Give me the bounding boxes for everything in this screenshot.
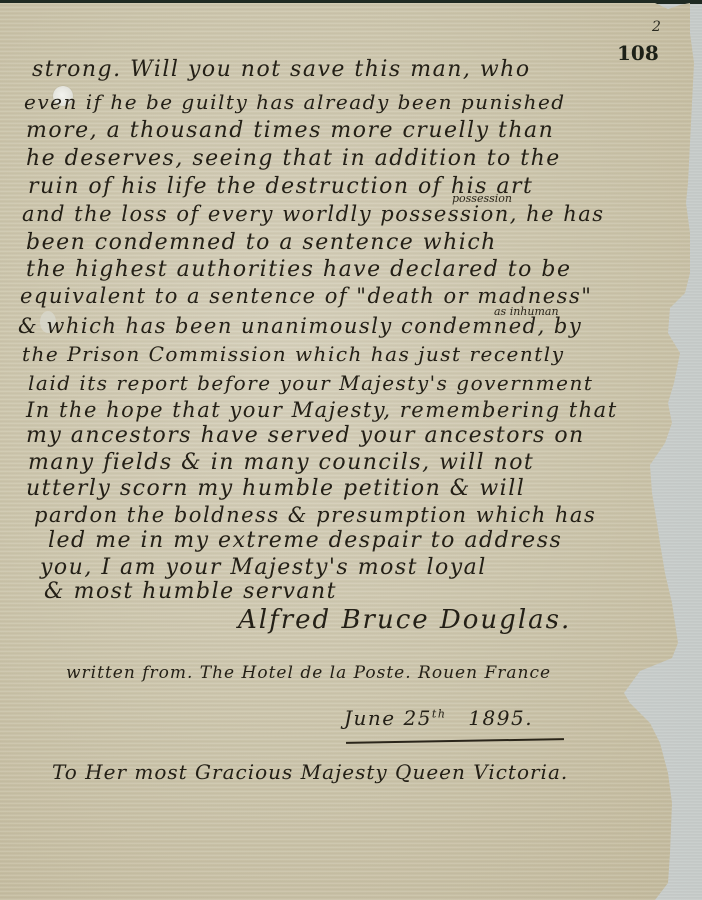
body-line-1: strong. Will you not save this man, who <box>32 57 531 82</box>
date-month-day: June 25 <box>344 706 432 730</box>
signature: Alfred Bruce Douglas. <box>238 605 571 635</box>
body-line-16: utterly scorn my humble petition & will <box>26 476 525 501</box>
document-viewer: 2 108 strong. Will you not save this man… <box>0 0 702 900</box>
date-year: 1895. <box>468 706 533 730</box>
body-line-4: he deserves, seeing that in addition to … <box>26 146 561 171</box>
body-line-13: In the hope that your Majesty, rememberi… <box>26 398 618 422</box>
archive-page-number: 108 <box>617 41 659 65</box>
origin-line: written from. The Hotel de la Poste. Rou… <box>66 663 551 683</box>
body-line-3: more, a thousand times more cruelly than <box>26 118 554 143</box>
date-underline <box>346 738 564 744</box>
body-line-8: the highest authorities have declared to… <box>26 257 572 282</box>
sheet-number: 2 <box>652 19 661 35</box>
body-line-11: the Prison Commission which has just rec… <box>22 342 565 366</box>
body-line-15: many fields & in many councils, will not <box>28 450 534 475</box>
body-line-2: even if he be guilty has already been pu… <box>24 90 566 114</box>
body-line-12: laid its report before your Majesty's go… <box>28 371 593 395</box>
manuscript-page: 2 108 strong. Will you not save this man… <box>0 3 702 900</box>
body-line-18: led me in my extreme despair to address <box>48 528 562 553</box>
body-line-6: and the loss of every worldly possession… <box>22 202 605 226</box>
date-ordinal: th <box>432 707 447 720</box>
addressee-line: To Her most Gracious Majesty Queen Victo… <box>52 760 568 784</box>
body-line-10: & which has been unanimously condemned, … <box>18 314 582 338</box>
body-line-19: you, I am your Majesty's most loyal <box>40 555 487 580</box>
body-line-14: my ancestors have served your ancestors … <box>26 423 585 448</box>
body-line-17: pardon the boldness & presumption which … <box>34 503 596 527</box>
date-line: June 25th 1895. <box>344 706 533 730</box>
body-line-20: & most humble servant <box>44 579 337 604</box>
body-line-7: been condemned to a sentence which <box>26 230 497 255</box>
